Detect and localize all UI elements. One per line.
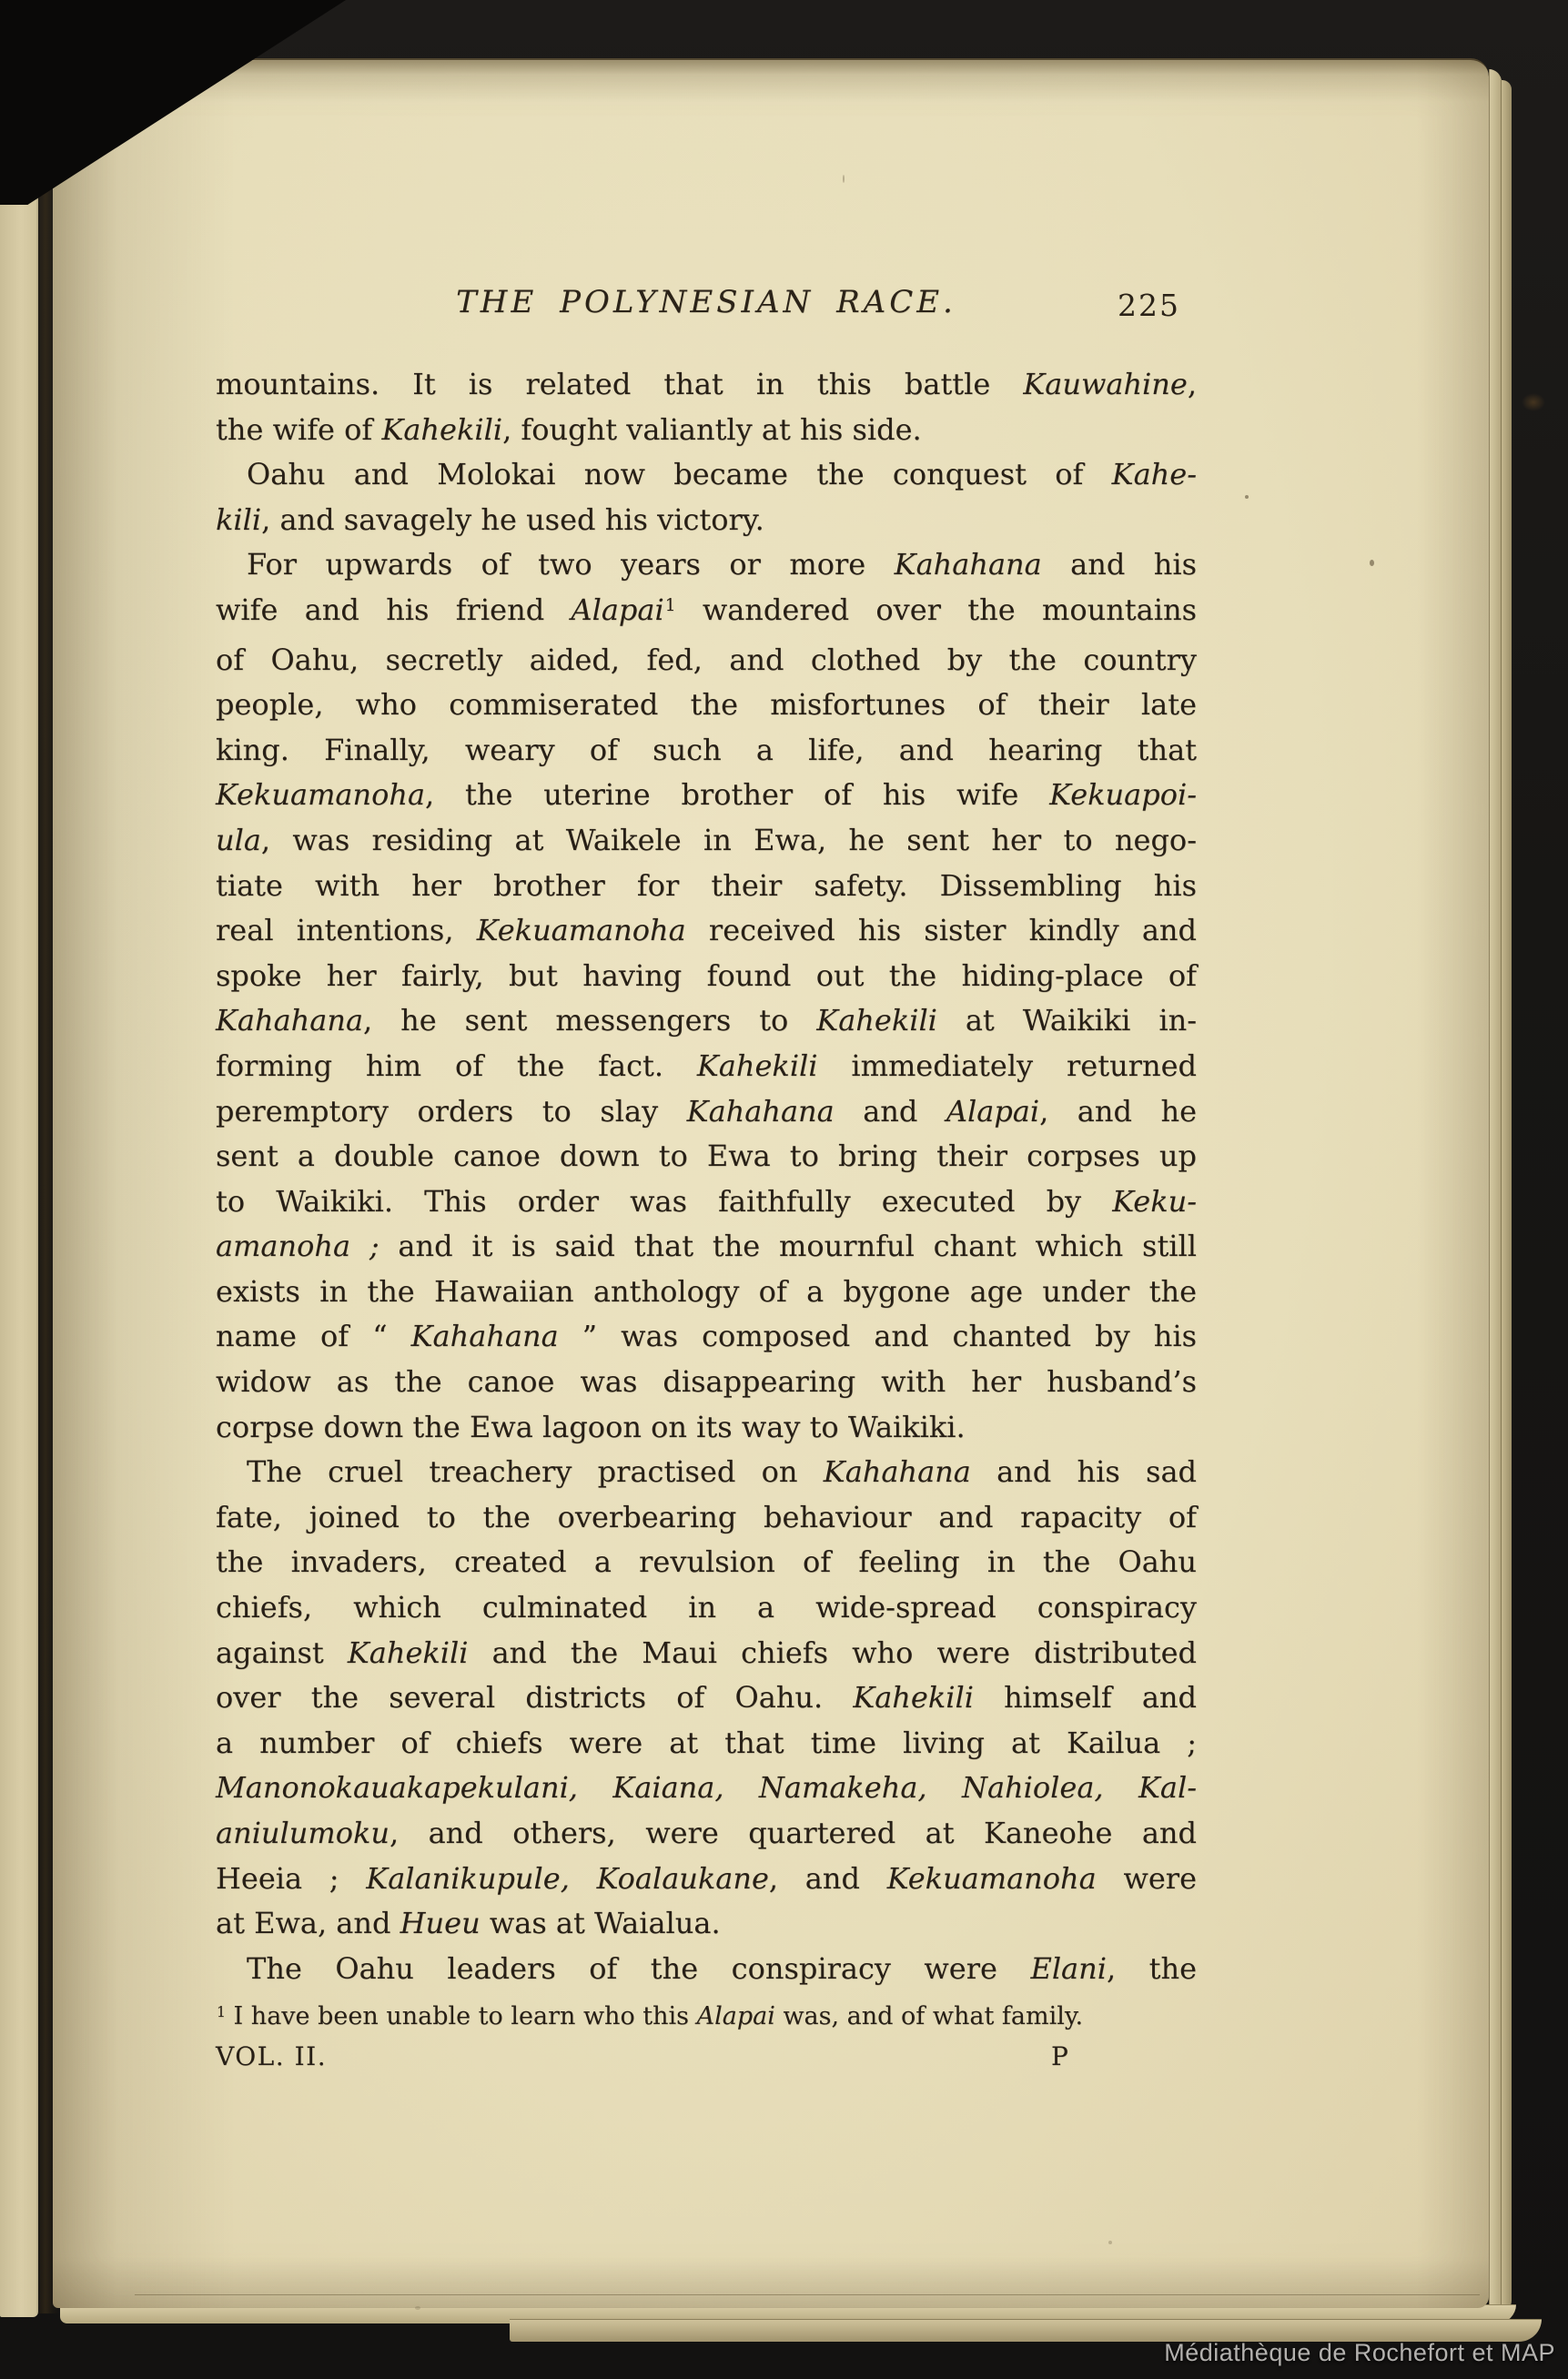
page-footer: VOL. II. P: [216, 2039, 1197, 2075]
text-line: widow as the canoe was disappearing with…: [216, 1360, 1197, 1405]
text-line: For upwards of two years or more Kahahan…: [216, 542, 1197, 588]
text-line: name of “ Kahahana ” was composed and ch…: [216, 1314, 1197, 1360]
text-line: at Ewa, and Hueu was at Waialua.: [216, 1901, 1197, 1947]
text-line: mountains. It is related that in this ba…: [216, 362, 1197, 408]
paper-speck: [1370, 560, 1374, 566]
text-block: THE POLYNESIAN RACE. 225 mountains. It i…: [216, 284, 1197, 2075]
text-line: tiate with her brother for their safety.…: [216, 864, 1197, 909]
text-line: of Oahu, secretly aided, fed, and clothe…: [216, 638, 1197, 683]
text-line: sent a double canoe down to Ewa to bring…: [216, 1134, 1197, 1179]
text-line: corpse down the Ewa lagoon on its way to…: [216, 1405, 1197, 1451]
body-lines: mountains. It is related that in this ba…: [216, 362, 1197, 1991]
page-header: THE POLYNESIAN RACE. 225: [216, 284, 1197, 328]
text-line: forming him of the fact. Kahekili immedi…: [216, 1044, 1197, 1089]
running-title: THE POLYNESIAN RACE.: [456, 284, 956, 320]
paper-speck: [1108, 2241, 1112, 2244]
text-line: ula, was residing at Waikele in Ewa, he …: [216, 818, 1197, 864]
body-paragraph: The Oahu leaders of the conspiracy were …: [216, 1947, 1197, 1992]
page-edge-stack: [1489, 69, 1502, 2313]
text-line: Kekuamanoha, the uterine brother of his …: [216, 773, 1197, 818]
paper-stain: [1522, 393, 1545, 411]
text-line: king. Finally, weary of such a life, and…: [216, 728, 1197, 774]
body-paragraph: The cruel treachery practised on Kahahan…: [216, 1450, 1197, 1947]
page-number: 225: [1118, 288, 1180, 323]
paper-speck: [843, 175, 845, 183]
text-line: people, who commiserated the misfortunes…: [216, 683, 1197, 728]
text-line: The cruel treachery practised on Kahahan…: [216, 1450, 1197, 1495]
text-line: to Waikiki. This order was faithfully ex…: [216, 1179, 1197, 1225]
book-page: THE POLYNESIAN RACE. 225 mountains. It i…: [53, 58, 1489, 2308]
facing-page-edge: [0, 60, 38, 2317]
text-line: Oahu and Molokai now became the conquest…: [216, 452, 1197, 498]
text-line: the wife of Kahekili, fought valiantly a…: [216, 408, 1197, 453]
text-line: the invaders, created a revulsion of fee…: [216, 1540, 1197, 1585]
footnote: 1 I have been unable to learn who this A…: [216, 1999, 1197, 2037]
paper-speck: [415, 2306, 420, 2310]
text-line: spoke her fairly, but having found out t…: [216, 954, 1197, 999]
text-line: kili, and savagely he used his victory.: [216, 498, 1197, 543]
text-line: real intentions, Kekuamanoha received hi…: [216, 908, 1197, 954]
text-line: peremptory orders to slay Kahahana and A…: [216, 1089, 1197, 1135]
paper-speck: [1245, 495, 1249, 499]
text-line: chiefs, which culminated in a wide-sprea…: [216, 1585, 1197, 1631]
text-line: exists in the Hawaiian anthology of a by…: [216, 1270, 1197, 1315]
text-line: against Kahekili and the Maui chiefs who…: [216, 1631, 1197, 1676]
text-line: amanoha ; and it is said that the mournf…: [216, 1224, 1197, 1270]
body-paragraph: Oahu and Molokai now became the conquest…: [216, 452, 1197, 542]
archive-watermark: Médiathèque de Rochefort et MAP: [1164, 2339, 1555, 2367]
scanned-book-photo: THE POLYNESIAN RACE. 225 mountains. It i…: [0, 0, 1568, 2379]
text-line: Heeia ; Kalanikupule, Koalaukane, and Ke…: [216, 1857, 1197, 1902]
volume-label: VOL. II.: [216, 2041, 327, 2071]
text-line: fate, joined to the overbearing behaviou…: [216, 1495, 1197, 1541]
text-line: a number of chiefs were at that time liv…: [216, 1721, 1197, 1767]
page-edge-stack: [1501, 80, 1512, 2312]
text-line: wife and his friend Alapai1 wandered ove…: [216, 588, 1197, 638]
text-line: over the several districts of Oahu. Kahe…: [216, 1675, 1197, 1721]
body-paragraph: mountains. It is related that in this ba…: [216, 362, 1197, 452]
text-line: Kahahana, he sent messengers to Kahekili…: [216, 998, 1197, 1044]
text-line: Manonokauakapekulani, Kaiana, Namakeha, …: [216, 1766, 1197, 1811]
printer-signature-mark: P: [1051, 2039, 1068, 2075]
text-line: aniulumoku, and others, were quartered a…: [216, 1811, 1197, 1857]
text-line: The Oahu leaders of the conspiracy were …: [216, 1947, 1197, 1992]
body-paragraph: For upwards of two years or more Kahahan…: [216, 542, 1197, 1450]
